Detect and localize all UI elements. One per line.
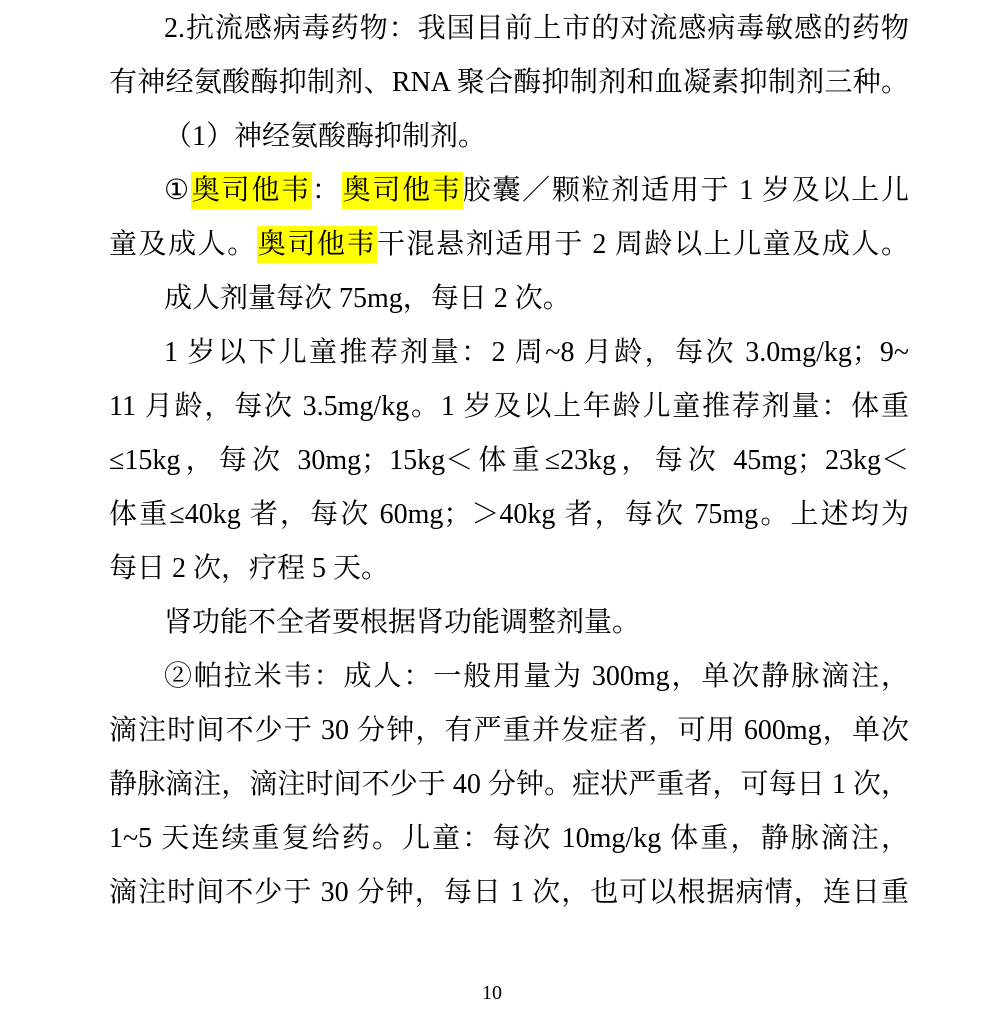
text-line: ②帕拉米韦：成人：一般用量为 300mg，单次静脉滴注， bbox=[109, 650, 909, 704]
highlighted-text: 奥司他韦 bbox=[342, 172, 463, 209]
text-segment: 成人剂量每次 75mg，每日 2 次。 bbox=[164, 283, 571, 314]
text-segment: 1~5 天连续重复给药。儿童：每次 10mg/kg 体重，静脉滴注， bbox=[109, 823, 909, 854]
text-segment: 2.抗流感病毒药物：我国目前上市的对流感病毒敏感的药物 bbox=[164, 13, 909, 44]
text-segment: 滴注时间不少于 30 分钟，有严重并发症者，可用 600mg，单次 bbox=[109, 715, 909, 746]
text-segment: 静脉滴注，滴注时间不少于 40 分钟。症状严重者，可每日 1 次， bbox=[109, 769, 909, 800]
text-line: 体重≤40kg 者，每次 60mg；＞40kg 者，每次 75mg。上述均为 bbox=[109, 488, 909, 542]
text-segment: 体重≤40kg 者，每次 60mg；＞40kg 者，每次 75mg。上述均为 bbox=[109, 499, 909, 530]
text-segment: 干混悬剂适用于 2 周龄以上儿童及成人。 bbox=[377, 229, 909, 260]
text-line: 滴注时间不少于 30 分钟，有严重并发症者，可用 600mg，单次 bbox=[109, 704, 909, 758]
text-line: 11 月龄，每次 3.5mg/kg。1 岁及以上年龄儿童推荐剂量：体重 bbox=[109, 380, 909, 434]
document-body: 2.抗流感病毒药物：我国目前上市的对流感病毒敏感的药物有神经氨酸酶抑制剂、RNA… bbox=[0, 0, 984, 920]
text-line: 静脉滴注，滴注时间不少于 40 分钟。症状严重者，可每日 1 次， bbox=[109, 758, 909, 812]
highlighted-text: 奥司他韦 bbox=[191, 172, 312, 209]
text-line: 1 岁以下儿童推荐剂量：2 周~8 月龄，每次 3.0mg/kg；9~ bbox=[109, 326, 909, 380]
text-line: 有神经氨酸酶抑制剂、RNA 聚合酶抑制剂和血凝素抑制剂三种。 bbox=[109, 56, 909, 110]
text-segment: ≤15kg，每次 30mg；15kg＜体重≤23kg，每次 45mg；23kg＜ bbox=[109, 445, 909, 476]
text-line: 童及成人。奥司他韦干混悬剂适用于 2 周龄以上儿童及成人。 bbox=[109, 218, 909, 272]
document-page: 2.抗流感病毒药物：我国目前上市的对流感病毒敏感的药物有神经氨酸酶抑制剂、RNA… bbox=[0, 0, 984, 1026]
text-line: ①奥司他韦：奥司他韦胶囊／颗粒剂适用于 1 岁及以上儿 bbox=[109, 164, 909, 218]
text-segment: 童及成人。 bbox=[109, 229, 257, 260]
text-segment: （1）神经氨酸酶抑制剂。 bbox=[164, 121, 486, 152]
text-segment: ① bbox=[164, 175, 191, 206]
text-line: 成人剂量每次 75mg，每日 2 次。 bbox=[109, 272, 909, 326]
text-line: 每日 2 次，疗程 5 天。 bbox=[109, 542, 909, 596]
highlighted-text: 奥司他韦 bbox=[257, 226, 377, 263]
text-segment: 有神经氨酸酶抑制剂、RNA 聚合酶抑制剂和血凝素抑制剂三种。 bbox=[109, 67, 909, 98]
text-segment: ②帕拉米韦：成人：一般用量为 300mg，单次静脉滴注， bbox=[164, 661, 909, 692]
text-segment: ： bbox=[312, 175, 342, 206]
text-line: 1~5 天连续重复给药。儿童：每次 10mg/kg 体重，静脉滴注， bbox=[109, 812, 909, 866]
text-line: ≤15kg，每次 30mg；15kg＜体重≤23kg，每次 45mg；23kg＜ bbox=[109, 434, 909, 488]
text-line: 滴注时间不少于 30 分钟，每日 1 次，也可以根据病情，连日重 bbox=[109, 866, 909, 920]
text-line: （1）神经氨酸酶抑制剂。 bbox=[109, 110, 909, 164]
text-line: 2.抗流感病毒药物：我国目前上市的对流感病毒敏感的药物 bbox=[109, 2, 909, 56]
text-segment: 胶囊／颗粒剂适用于 1 岁及以上儿 bbox=[463, 175, 909, 206]
text-segment: 11 月龄，每次 3.5mg/kg。1 岁及以上年龄儿童推荐剂量：体重 bbox=[109, 391, 909, 422]
page-number: 10 bbox=[0, 981, 984, 1005]
text-segment: 滴注时间不少于 30 分钟，每日 1 次，也可以根据病情，连日重 bbox=[109, 877, 909, 908]
text-segment: 每日 2 次，疗程 5 天。 bbox=[109, 553, 389, 584]
text-segment: 肾功能不全者要根据肾功能调整剂量。 bbox=[164, 607, 640, 638]
text-line: 肾功能不全者要根据肾功能调整剂量。 bbox=[109, 596, 909, 650]
text-segment: 1 岁以下儿童推荐剂量：2 周~8 月龄，每次 3.0mg/kg；9~ bbox=[164, 337, 909, 368]
